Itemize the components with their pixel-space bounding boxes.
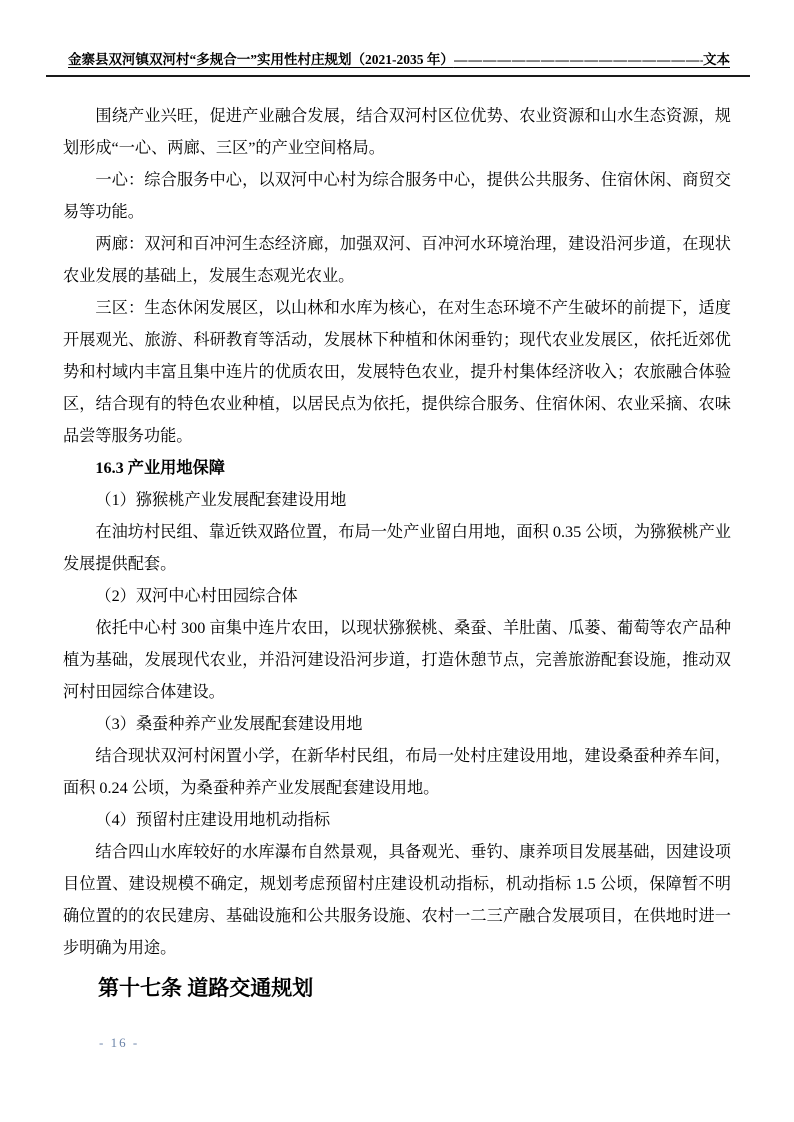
header-rule [46,75,750,77]
paragraph: 在油坊村民组、靠近铁双路位置，布局一处产业留白用地，面积 0.35 公顷，为猕猴… [63,516,731,580]
item-heading: （2）双河中心村田园综合体 [63,580,731,612]
paragraph: 一心：综合服务中心，以双河中心村为综合服务中心，提供公共服务、住宿休闲、商贸交易… [63,164,731,228]
chapter-heading: 第十七条 道路交通规划 [63,971,731,1005]
paragraph: 结合现状双河村闲置小学，在新华村民组，布局一处村庄建设用地，建设桑蚕种养车间，面… [63,740,731,804]
document-body: 围绕产业兴旺，促进产业融合发展，结合双河村区位优势、农业资源和山水生态资源，规划… [63,100,731,1005]
document-page: 金寨县双河镇双河村“多规合一”实用性村庄规划（2021-2035 年） ————… [0,0,794,1122]
header-dash-fill: ———————————————————————————————— [454,50,703,69]
header-doc-type-label: 文本 [703,50,730,69]
section-heading: 16.3 产业用地保障 [63,452,731,484]
item-heading: （3）桑蚕种养产业发展配套建设用地 [63,708,731,740]
item-heading: （4）预留村庄建设用地机动指标 [63,804,731,836]
paragraph: 结合四山水库较好的水库瀑布自然景观，具备观光、垂钓、康养项目发展基础，因建设项目… [63,836,731,964]
paragraph: 三区：生态休闲发展区，以山林和水库为核心，在对生态环境不产生破坏的前提下，适度开… [63,292,731,452]
page-number: - 16 - [99,1035,139,1051]
header-title: 金寨县双河镇双河村“多规合一”实用性村庄规划（2021-2035 年） [68,50,454,69]
paragraph: 围绕产业兴旺，促进产业融合发展，结合双河村区位优势、农业资源和山水生态资源，规划… [63,100,731,164]
item-heading: （1）猕猴桃产业发展配套建设用地 [63,484,731,516]
paragraph: 两廊：双河和百冲河生态经济廊，加强双河、百冲河水环境治理，建设沿河步道，在现状农… [63,228,731,292]
page-header: 金寨县双河镇双河村“多规合一”实用性村庄规划（2021-2035 年） ————… [68,50,730,69]
paragraph: 依托中心村 300 亩集中连片农田，以现状猕猴桃、桑蚕、羊肚菌、瓜蒌、葡萄等农产… [63,612,731,708]
